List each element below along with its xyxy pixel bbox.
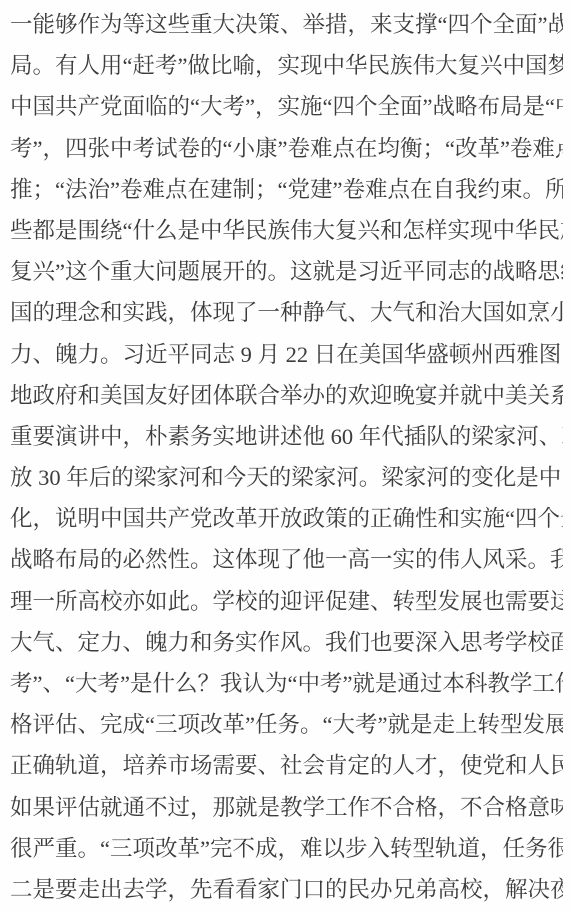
text-line: 些都是围绕“什么是中华民族伟大复兴和怎样实现中华民族伟大	[10, 210, 563, 251]
text-line: 复兴”这个重大问题展开的。这就是习近平同志的战略思维和治	[10, 251, 563, 292]
text-line: 化，说明中国共产党改革开放政策的正确性和实施“四个全面”	[10, 498, 563, 539]
text-line: 中国共产党面临的“大考”，实施“四个全面”战略布局是“中	[10, 86, 563, 127]
text-line: 考”，四张中考试卷的“小康”卷难点在均衡；“改革”卷难点在	[10, 128, 563, 169]
text-line: 格评估、完成“三项改革”任务。“大考”就是走上转型发展的	[10, 704, 563, 745]
text-line: 力、魄力。习近平同志 9 月 22 日在美国华盛顿州西雅图出席当	[10, 334, 563, 375]
text-line: 局。有人用“赶考”做比喻，实现中华民族伟大复兴中国梦作为	[10, 45, 563, 86]
text-line: 理一所高校亦如此。学校的迎评促建、转型发展也需要这种静气、	[10, 581, 563, 622]
text-line: 如果评估就通不过，那就是教学工作不合格，不合格意味着问题	[10, 787, 563, 828]
text-line: 很严重。“三项改革”完不成，难以步入转型轨道，任务很紧迫。	[10, 828, 563, 869]
text-line: 重要演讲中，朴素务实地讲述他 60 年代插队的梁家河、改革开	[10, 416, 563, 457]
text-line: 战略布局的必然性。这体现了他一高一实的伟人风采。我想，治	[10, 539, 563, 580]
text-line: 放 30 年后的梁家河和今天的梁家河。梁家河的变化是中国的变	[10, 457, 563, 498]
text-line: 正确轨道，培养市场需要、社会肯定的人才，使党和人民满意。	[10, 745, 563, 786]
text-line: 一能够作为等这些重大决策、举措，来支撑“四个全面”战略布	[10, 4, 563, 45]
text-line: 地政府和美国友好团体联合举办的欢迎晚宴并就中美关系发表	[10, 375, 563, 416]
text-line: 大气、定力、魄力和务实作风。我们也要深入思考学校面临的“中	[10, 622, 563, 663]
text-line: 推；“法治”卷难点在建制；“党建”卷难点在自我约束。所有这	[10, 169, 563, 210]
text-line: 考”、“大考”是什么？我认为“中考”就是通过本科教学工作合	[10, 663, 563, 704]
text-line: 二是要走出去学，先看看家门口的民办兄弟高校，解决夜郎自大、	[10, 869, 563, 910]
document-page: 一能够作为等这些重大决策、举措，来支撑“四个全面”战略布 局。有人用“赶考”做比…	[0, 0, 573, 911]
text-line: 国的理念和实践，体现了一种静气、大气和治大国如烹小鲜的定	[10, 292, 563, 333]
